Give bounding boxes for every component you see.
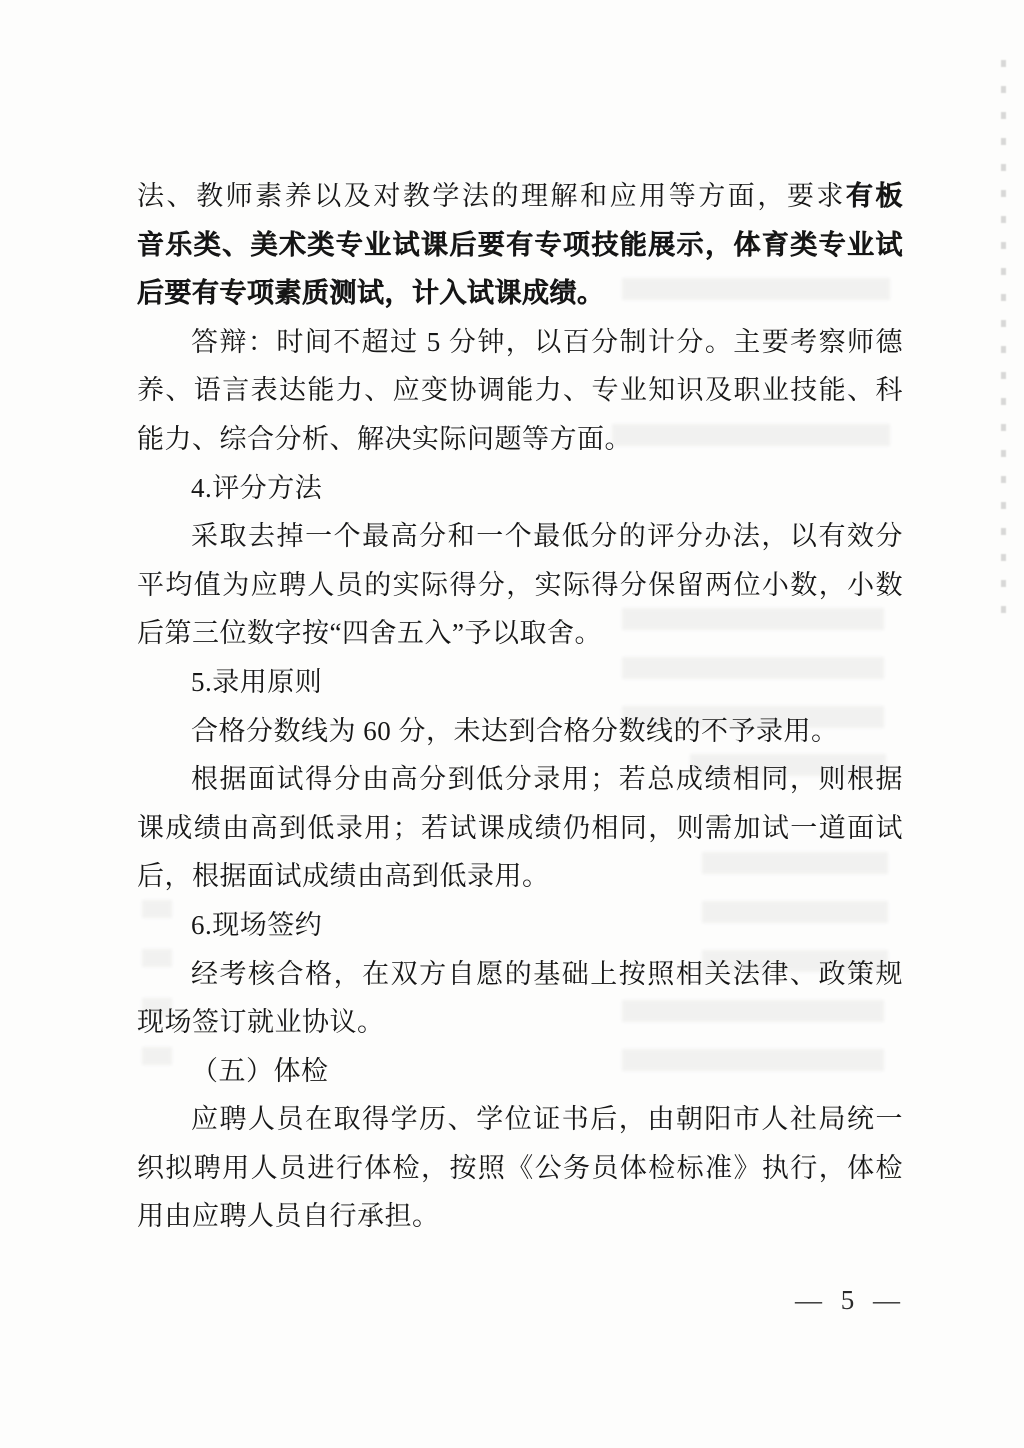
page-number: — 5 — (795, 1285, 906, 1316)
text-run: 课成绩由高到低录用；若试课成绩仍相同，则需加试一道面试题 (137, 813, 903, 853)
text-line: 用由应聘人员自行承担。 (137, 1192, 903, 1241)
text-line: 经考核合格，在双方自愿的基础上按照相关法律、政策规定 (137, 950, 903, 999)
text-line: 6.现场签约 (137, 901, 903, 950)
text-run: 6.现场签约 (191, 910, 322, 940)
text-line: 应聘人员在取得学历、学位证书后，由朝阳市人社局统一组 (137, 1095, 903, 1144)
text-line: 4.评分方法 (137, 464, 903, 513)
text-run: 采取去掉一个最高分和一个最低分的评分办法，以有效分的 (137, 521, 903, 561)
text-run: 养、语言表达能力、应变协调能力、专业知识及职业技能、科研 (137, 375, 903, 415)
text-line: 能力、综合分析、解决实际问题等方面。 (137, 415, 903, 464)
text-run: 织拟聘用人员进行体检，按照《公务员体检标准》执行，体检费 (137, 1153, 903, 1193)
text-run: 后第三位数字按“四舍五入”予以取舍。 (137, 618, 602, 648)
text-line: 合格分数线为 60 分，未达到合格分数线的不予录用。 (137, 707, 903, 756)
text-run: 后，根据面试成绩由高到低录用。 (137, 861, 550, 891)
text-line: 平均值为应聘人员的实际得分，实际得分保留两位小数，小数点 (137, 561, 903, 610)
text-line: 现场签订就业协议。 (137, 998, 903, 1047)
text-run: 法、教师素养以及对教学法的理解和应用等方面，要求 (137, 181, 846, 211)
document-body: 法、教师素养以及对教学法的理解和应用等方面，要求有板书。音乐类、美术类专业试课后… (137, 172, 903, 1241)
text-line: 养、语言表达能力、应变协调能力、专业知识及职业技能、科研 (137, 366, 903, 415)
text-run: 5.录用原则 (191, 667, 322, 697)
text-line: 答辩：时间不超过 5 分钟，以百分制计分。主要考察师德修 (137, 318, 903, 367)
bold-text-run: 音乐类、美术类专业试课后要有专项技能展示，体育类专业试课 (137, 230, 903, 270)
scan-edge-noise-artifact (1001, 60, 1006, 620)
text-run: 现场签订就业协议。 (137, 1007, 385, 1037)
text-line: （五）体检 (137, 1047, 903, 1096)
text-run: 经考核合格，在双方自愿的基础上按照相关法律、政策规定 (137, 959, 903, 999)
text-run: 能力、综合分析、解决实际问题等方面。 (137, 424, 632, 454)
text-run: 4.评分方法 (191, 473, 322, 503)
text-line: 后要有专项素质测试，计入试课成绩。 (137, 269, 903, 318)
text-line: 后第三位数字按“四舍五入”予以取舍。 (137, 609, 903, 658)
text-run: 根据面试得分由高分到低分录用；若总成绩相同，则根据试 (137, 764, 903, 804)
text-line: 采取去掉一个最高分和一个最低分的评分办法，以有效分的 (137, 512, 903, 561)
bold-text-run: 后要有专项素质测试，计入试课成绩。 (137, 278, 605, 308)
text-line: 音乐类、美术类专业试课后要有专项技能展示，体育类专业试课 (137, 221, 903, 270)
text-run: 平均值为应聘人员的实际得分，实际得分保留两位小数，小数点 (137, 570, 903, 610)
text-line: 法、教师素养以及对教学法的理解和应用等方面，要求有板书。 (137, 172, 903, 221)
text-run: 答辩：时间不超过 5 分钟，以百分制计分。主要考察师德修 (137, 327, 903, 367)
text-run: 合格分数线为 60 分，未达到合格分数线的不予录用。 (191, 716, 839, 746)
text-line: 5.录用原则 (137, 658, 903, 707)
text-line: 课成绩由高到低录用；若试课成绩仍相同，则需加试一道面试题 (137, 804, 903, 853)
text-run: 用由应聘人员自行承担。 (137, 1201, 440, 1231)
text-run: （五）体检 (191, 1056, 329, 1086)
scanned-document-page: 法、教师素养以及对教学法的理解和应用等方面，要求有板书。音乐类、美术类专业试课后… (0, 0, 1024, 1448)
text-line: 织拟聘用人员进行体检，按照《公务员体检标准》执行，体检费 (137, 1144, 903, 1193)
text-line: 后，根据面试成绩由高到低录用。 (137, 852, 903, 901)
text-line: 根据面试得分由高分到低分录用；若总成绩相同，则根据试 (137, 755, 903, 804)
text-run: 应聘人员在取得学历、学位证书后，由朝阳市人社局统一组 (137, 1104, 903, 1144)
